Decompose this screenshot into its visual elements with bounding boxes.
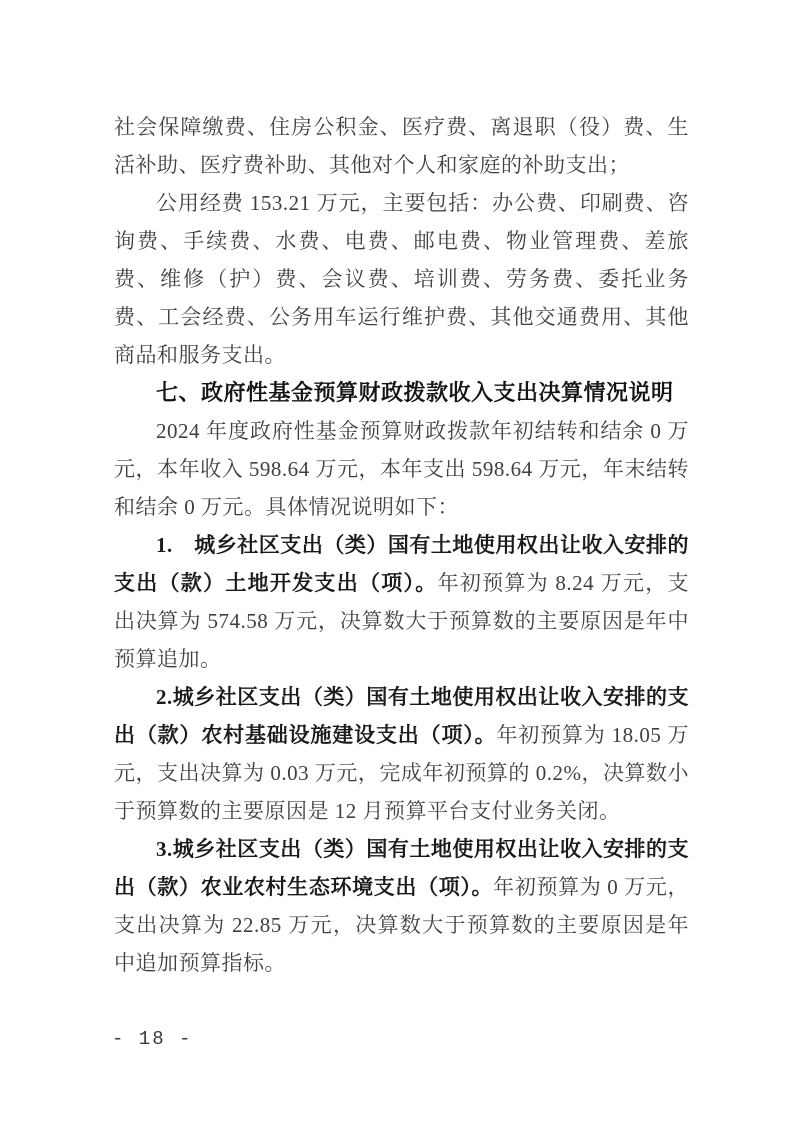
- paragraph-item-1: 1. 城乡社区支出（类）国有土地使用权出让收入安排的支出（款）土地开发支出（项）…: [114, 526, 689, 678]
- page-body: 社会保障缴费、住房公积金、医疗费、离退职（役）费、生活补助、医疗费补助、其他对个…: [114, 108, 689, 982]
- section-heading: 七、政府性基金预算财政拨款收入支出决算情况说明: [114, 374, 689, 412]
- page-footer: - 18 -: [112, 1028, 192, 1050]
- page-number: - 18 -: [112, 1028, 192, 1050]
- paragraph-section-summary: 2024 年度政府性基金预算财政拨款年初结转和结余 0 万元，本年收入 598.…: [114, 412, 689, 526]
- paragraph-public-funds: 公用经费 153.21 万元，主要包括：办公费、印刷费、咨询费、手续费、水费、电…: [114, 184, 689, 374]
- paragraph-personnel-continuation: 社会保障缴费、住房公积金、医疗费、离退职（役）费、生活补助、医疗费补助、其他对个…: [114, 108, 689, 184]
- paragraph-item-2: 2.城乡社区支出（类）国有土地使用权出让收入安排的支出（款）农村基础设施建设支出…: [114, 678, 689, 830]
- document-page: 社会保障缴费、住房公积金、医疗费、离退职（役）费、生活补助、医疗费补助、其他对个…: [0, 0, 793, 1122]
- paragraph-item-3: 3.城乡社区支出（类）国有土地使用权出让收入安排的支出（款）农业农村生态环境支出…: [114, 830, 689, 982]
